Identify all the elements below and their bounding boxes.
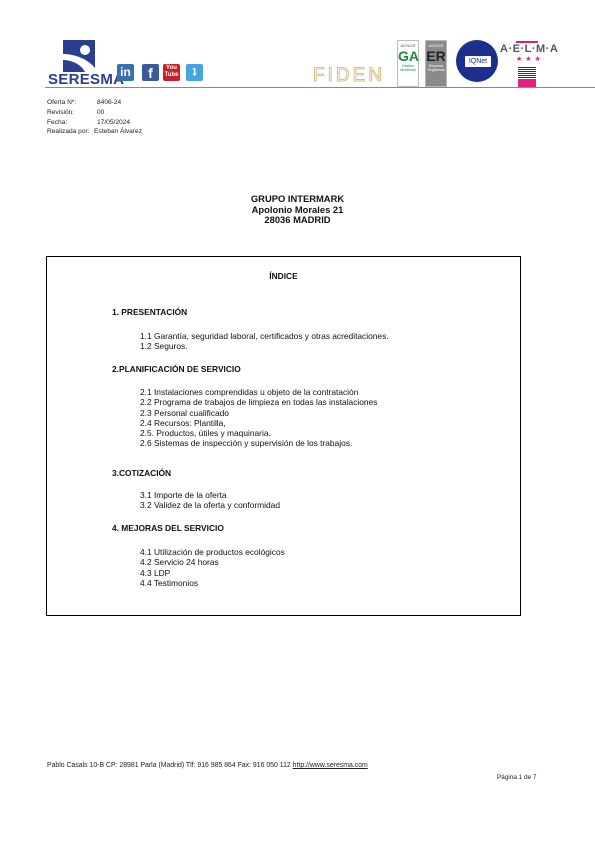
toc-subsection-list: 2.1 Instalaciones comprendidas u objeto …	[140, 387, 377, 449]
toc-item[interactable]: 2.1 Instalaciones comprendidas u objeto …	[140, 387, 377, 397]
aenor-registered-badge: AENOR ER Empresa Registrada	[425, 40, 447, 87]
aelma-stars-icon: ★★★	[516, 56, 544, 64]
aelma-logo: A·E·L·M·A	[500, 43, 558, 55]
youtube-icon[interactable]: You Tube	[163, 64, 180, 81]
meta-value: Esteban Álvarez	[94, 127, 142, 137]
meta-label: Realizada por:	[47, 127, 90, 137]
meta-value: 17/05/2024	[97, 118, 130, 128]
aenor-label: AENOR	[398, 41, 418, 48]
addressee-block: GRUPO INTERMARK Apolonio Morales 21 2803…	[0, 194, 595, 226]
meta-value: 8406-24	[97, 98, 121, 108]
iqnet-certified-seal: IQNet	[456, 40, 498, 82]
toc-item[interactable]: 3.1 Importe de la oferta	[140, 490, 280, 500]
toc-item[interactable]: 2.5. Productos, útiles y maquinaria.	[140, 428, 377, 438]
website-link[interactable]: http://www.seresma.com	[293, 762, 368, 769]
toc-item[interactable]: 2.3 Personal cualificado	[140, 408, 377, 418]
toc-item[interactable]: 4.1 Utilización de productos ecológicos	[140, 547, 285, 557]
meta-value: 00	[97, 108, 104, 118]
toc-item[interactable]: 2.2 Programa de trabajos de limpieza en …	[140, 397, 377, 407]
iqnet-label: IQNet	[464, 55, 492, 68]
toc-section-heading[interactable]: 1. PRESENTACIÓN	[112, 307, 187, 317]
aenor-environmental-badge: AENOR GA Gestión Ambiental	[397, 40, 419, 87]
linkedin-icon[interactable]: in	[117, 64, 134, 81]
toc-subsection-list: 4.1 Utilización de productos ecológicos …	[140, 547, 285, 588]
footer-address-text: Pablo Casals 10-B CP: 28981 Parla (Madri…	[47, 762, 293, 769]
toc-item[interactable]: 4.4 Testimonios	[140, 578, 285, 588]
ga-symbol-icon: GA	[398, 48, 418, 64]
toc-item[interactable]: 1.2 Seguros.	[140, 341, 389, 351]
addressee-company: GRUPO INTERMARK	[0, 194, 595, 205]
toc-section-heading[interactable]: 2.PLANIFICACIÓN DE SERVICIO	[112, 364, 241, 374]
index-title: ÍNDICE	[47, 271, 520, 281]
toc-item[interactable]: 3.2 Validez de la oferta y conformidad	[140, 500, 280, 510]
toc-section-heading[interactable]: 3.COTIZACIÓN	[112, 468, 171, 478]
toc-item[interactable]: 2.6 Sistemas de inspección y supervisión…	[140, 438, 377, 448]
header-divider	[45, 87, 595, 88]
aelma-seal-icon	[518, 66, 536, 78]
aelma-pink-block	[518, 79, 536, 87]
page-number: Página 1 de 7	[497, 774, 536, 781]
aenor-sub-label: Empresa Registrada	[426, 64, 446, 72]
toc-section-heading[interactable]: 4. MEJORAS DEL SERVICIO	[112, 523, 224, 533]
toc-item[interactable]: 4.3 LDP	[140, 568, 285, 578]
toc-item[interactable]: 2.4 Recursos: Plantilla,	[140, 418, 377, 428]
toc-subsection-list: 1.1 Garantía, seguridad laboral, certifi…	[140, 331, 389, 352]
er-symbol-icon: ER	[426, 48, 446, 64]
social-icons: in f You Tube ʇ	[0, 64, 595, 82]
meta-label: Oferta Nº:	[47, 98, 76, 108]
aenor-label: AENOR	[426, 41, 446, 48]
toc-subsection-list: 3.1 Importe de la oferta 3.2 Validez de …	[140, 490, 280, 511]
addressee-city: 28036 MADRID	[0, 215, 595, 226]
meta-label: Revisión:	[47, 108, 74, 118]
toc-item[interactable]: 4.2 Servicio 24 horas	[140, 557, 285, 567]
tuenti-icon[interactable]: ʇ	[186, 64, 203, 81]
meta-label: Fecha:	[47, 118, 67, 128]
table-of-contents: ÍNDICE 1. PRESENTACIÓN 1.1 Garantía, seg…	[46, 256, 521, 616]
facebook-icon[interactable]: f	[142, 64, 159, 81]
aenor-sub-label: Gestión Ambiental	[398, 64, 418, 72]
toc-item[interactable]: 1.1 Garantía, seguridad laboral, certifi…	[140, 331, 389, 341]
fiden-logo: FIDEN	[313, 66, 385, 86]
footer-address: Pablo Casals 10-B CP: 28981 Parla (Madri…	[47, 762, 368, 769]
